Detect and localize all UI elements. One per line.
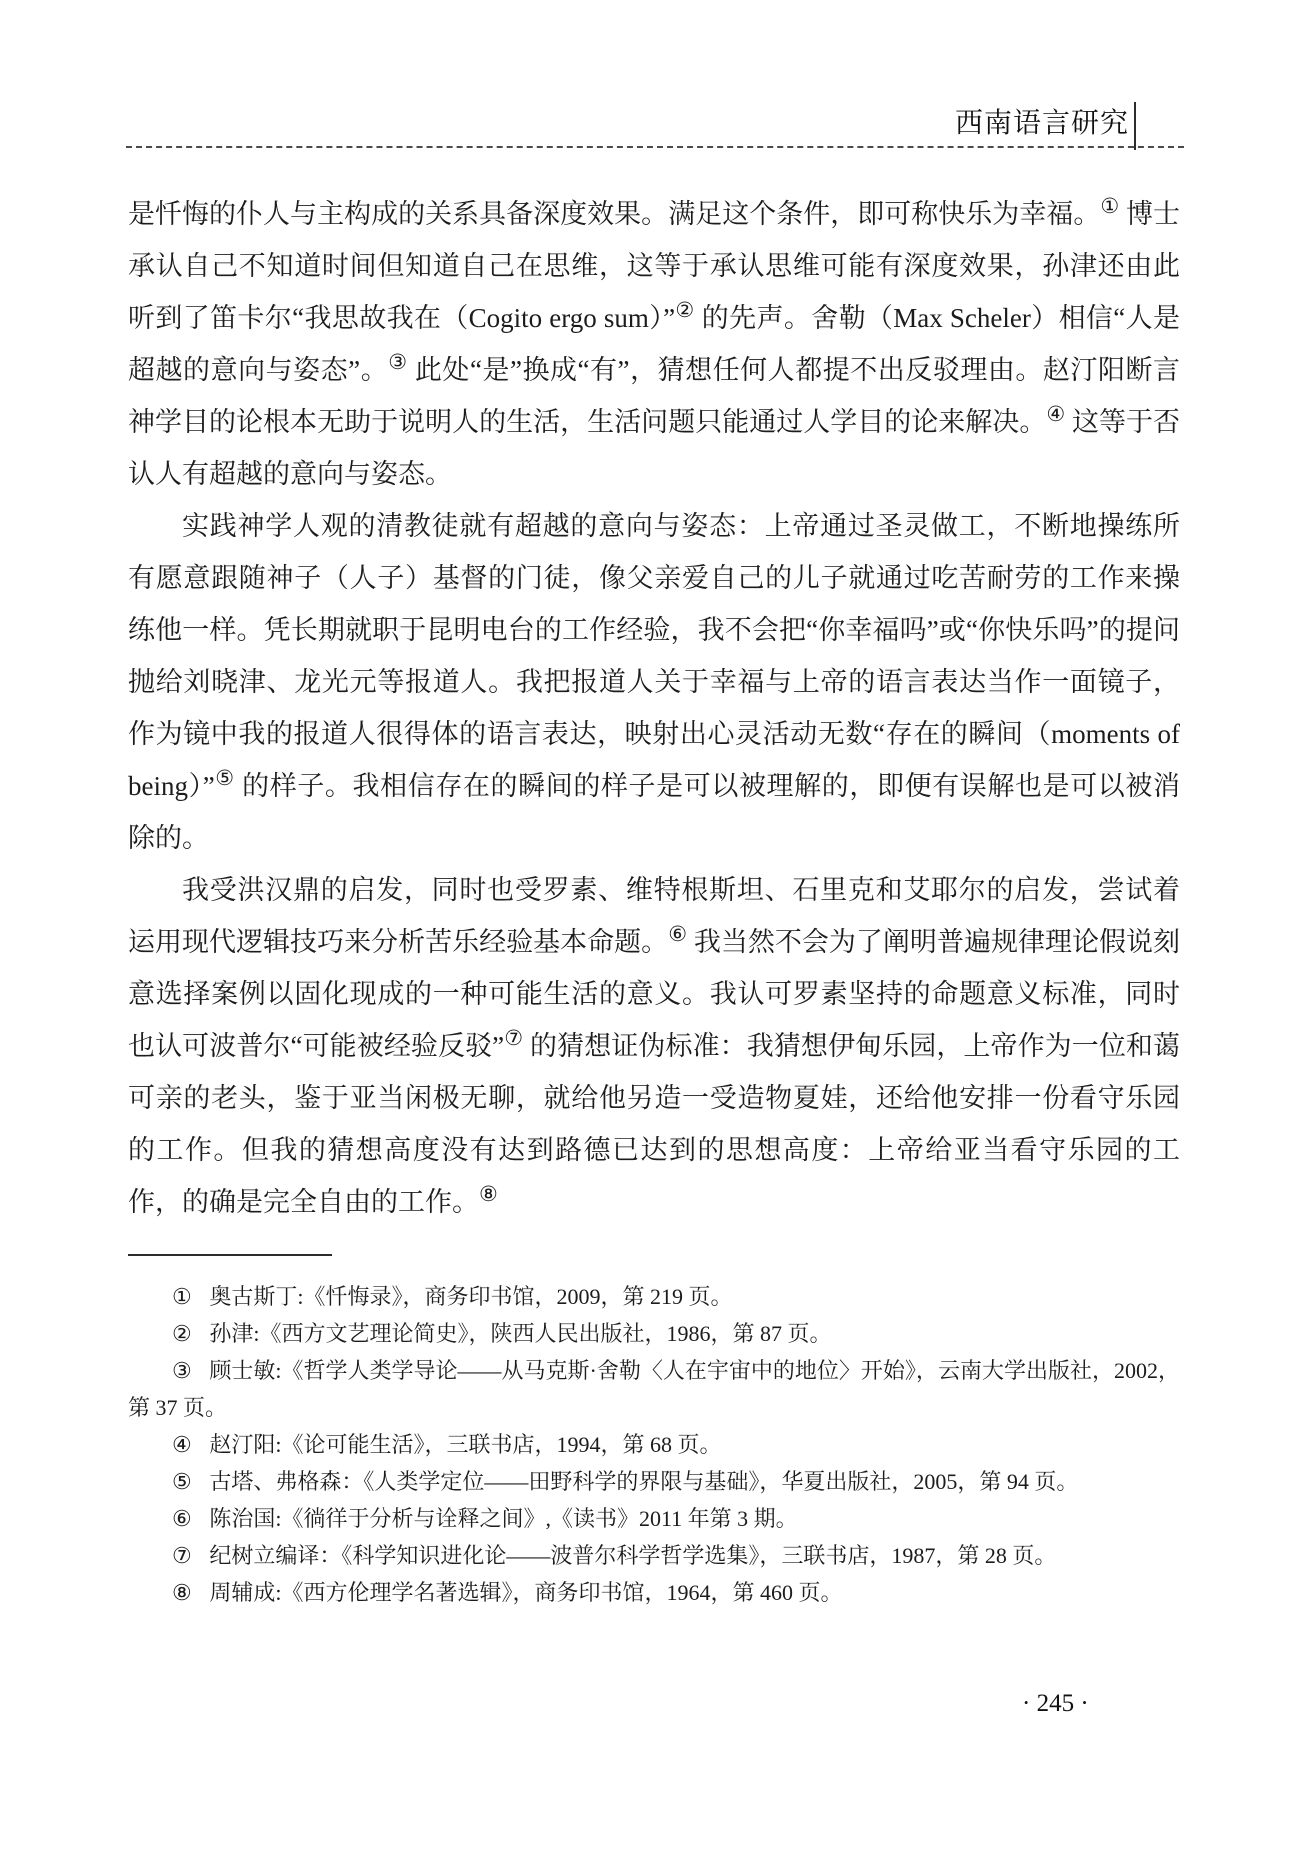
paragraph: 实践神学人观的清教徒就有超越的意向与姿态：上帝通过圣灵做工，不断地操练所有愿意跟…	[128, 500, 1180, 864]
footnote-number: ⑤	[172, 1469, 192, 1494]
footnote-number: ⑧	[172, 1580, 192, 1605]
footnote-number: ①	[172, 1284, 192, 1309]
footnote-item: ④赵汀阳:《论可能生活》，三联书店，1994，第 68 页。	[128, 1426, 1180, 1463]
paragraph: 我受洪汉鼎的启发，同时也受罗素、维特根斯坦、石里克和艾耶尔的启发，尝试着运用现代…	[128, 864, 1180, 1228]
book-page: 西南语言研究 是忏悔的仆人与主构成的关系具备深度效果。满足这个条件，即可称快乐为…	[0, 0, 1307, 1859]
footnote-item: ②孙津:《西方文艺理论简史》，陕西人民出版社，1986，第 87 页。	[128, 1315, 1180, 1352]
footnote-ref-marker: ①	[1100, 194, 1119, 218]
footnote-item: ⑥陈治国:《徜徉于分析与诠释之间》,《读书》2011 年第 3 期。	[128, 1500, 1180, 1537]
running-head-title: 西南语言研究	[955, 101, 1129, 141]
footnote-text: 赵汀阳:《论可能生活》，三联书店，1994，第 68 页。	[209, 1432, 721, 1457]
page-content: 是忏悔的仆人与主构成的关系具备深度效果。满足这个条件，即可称快乐为幸福。① 博士…	[128, 188, 1180, 1611]
footnote-text: 奥古斯丁:《忏悔录》，商务印书馆，2009，第 219 页。	[209, 1284, 732, 1309]
footnote-text: 顾士敏:《哲学人类学导论——从马克斯·舍勒〈人在宇宙中的地位〉开始》，云南大学出…	[128, 1358, 1180, 1420]
body-paragraphs: 是忏悔的仆人与主构成的关系具备深度效果。满足这个条件，即可称快乐为幸福。① 博士…	[128, 188, 1180, 1228]
footnote-ref-marker: ③	[388, 350, 407, 374]
footnote-number: ⑥	[172, 1506, 192, 1531]
header-dashed-separator	[126, 146, 1184, 148]
footnote-number: ④	[172, 1432, 192, 1457]
footnote-text: 陈治国:《徜徉于分析与诠释之间》,《读书》2011 年第 3 期。	[209, 1506, 797, 1531]
footnote-text: 周辅成:《西方伦理学名著选辑》，商务印书馆，1964，第 460 页。	[209, 1580, 842, 1605]
footnote-text: 纪树立编译：《科学知识进化论——波普尔科学哲学选集》，三联书店，1987，第 2…	[209, 1543, 1056, 1568]
footnotes-block: ①奥古斯丁:《忏悔录》，商务印书馆，2009，第 219 页。②孙津:《西方文艺…	[128, 1278, 1180, 1611]
footnote-item: ⑧周辅成:《西方伦理学名著选辑》，商务印书馆，1964，第 460 页。	[128, 1574, 1180, 1611]
footnote-ref-marker: ②	[675, 298, 695, 322]
footnote-ref-marker: ⑧	[479, 1182, 498, 1206]
footnote-number: ③	[172, 1358, 192, 1383]
footnote-item: ⑦纪树立编译：《科学知识进化论——波普尔科学哲学选集》，三联书店，1987，第 …	[128, 1537, 1180, 1574]
footnote-text: 孙津:《西方文艺理论简史》，陕西人民出版社，1986，第 87 页。	[209, 1321, 831, 1346]
footnote-text: 古塔、弗格森：《人类学定位——田野科学的界限与基础》，华夏出版社，2005，第 …	[209, 1469, 1078, 1494]
page-number: · 245 ·	[1022, 1690, 1089, 1718]
footnote-number: ②	[172, 1321, 192, 1346]
footnote-separator-rule	[128, 1254, 332, 1256]
footnote-ref-marker: ⑤	[215, 766, 235, 790]
footnote-item: ⑤古塔、弗格森：《人类学定位——田野科学的界限与基础》，华夏出版社，2005，第…	[128, 1463, 1180, 1500]
paragraph: 是忏悔的仆人与主构成的关系具备深度效果。满足这个条件，即可称快乐为幸福。① 博士…	[128, 188, 1180, 500]
footnote-item: ①奥古斯丁:《忏悔录》，商务印书馆，2009，第 219 页。	[128, 1278, 1180, 1315]
footnote-ref-marker: ⑦	[504, 1026, 523, 1050]
footnote-number: ⑦	[172, 1543, 192, 1568]
header-vertical-rule	[1134, 102, 1136, 150]
footnote-item: ③顾士敏:《哲学人类学导论——从马克斯·舍勒〈人在宇宙中的地位〉开始》，云南大学…	[128, 1352, 1180, 1426]
footnote-ref-marker: ⑥	[668, 922, 687, 946]
footnote-ref-marker: ④	[1046, 402, 1065, 426]
